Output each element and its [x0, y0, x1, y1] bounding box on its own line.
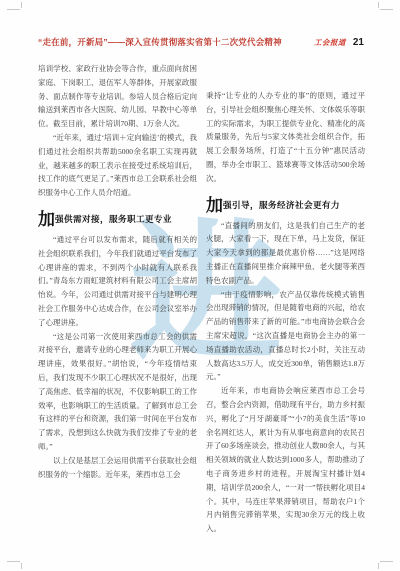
paragraph: “近年来，通过‘培训＋定向输送’的模式，我们通过社会组织共帮助5000余名职工实…	[38, 131, 197, 200]
crop-mark	[21, 2, 22, 8]
paragraph: “由于疫情影响，农产品仅靠传统模式销售会出现滞销的情况，但是随着电商的兴起，给农…	[206, 288, 365, 385]
crop-mark	[21, 563, 22, 569]
left-column: 培训学校、家政行业协会等合作，重点面向贫困家庭、下岗职工、退伍军人等群体，开展家…	[38, 62, 197, 537]
crop-mark	[380, 561, 393, 562]
paragraph: 培训学校、家政行业协会等合作，重点面向贫困家庭、下岗职工、退伍军人等群体，开展家…	[38, 62, 197, 131]
paragraph: “通过平台可以发布需求，随后就有相关的社会组织联系我们，今年我们就通过平台发布了…	[38, 233, 197, 330]
crop-mark	[378, 563, 379, 569]
crop-mark	[378, 2, 379, 8]
magazine-logo: 工会报道	[314, 37, 346, 48]
crop-mark	[380, 9, 393, 10]
paragraph: 秉持“让专业的人办专业的事”的原则，通过平台，引导社会组织聚焦心理关怀、文体娱乐…	[206, 89, 365, 186]
section-heading-big-char: 加	[38, 212, 55, 228]
section-heading-supply-demand: 加 强供需对接，服务职工更专业	[38, 212, 197, 228]
crop-mark	[7, 561, 20, 562]
page-number: 21	[353, 37, 364, 48]
right-column: 秉持“让专业的人办专业的事”的原则，通过平台，引导社会组织聚焦心理关怀、文体娱乐…	[206, 62, 365, 537]
crop-mark	[7, 9, 20, 10]
section-heading-big-char: 加	[206, 198, 223, 214]
paragraph: 以上仅是基层工会运用供需平台获取社会组织服务的一个缩影。近年来，莱西市总工会	[38, 454, 197, 482]
magazine-page: “走在前，开新局”——深入宣传贯彻落实省第十二次党代会精神 工会报道 21 进 …	[0, 0, 400, 571]
paragraph: “直播间的朋友们，这是我们自己生产的老火腿，大家看一下，现在下单，马上发货，保证…	[206, 219, 365, 288]
paragraph: 近年来，市电商协会响应莱西市总工会号召，整合会内资源，借助现有平台，助力乡村振兴…	[206, 384, 365, 536]
section-heading-label: 强引导，服务经济社会更有力	[223, 199, 340, 214]
page-header: “走在前，开新局”——深入宣传贯彻落实省第十二次党代会精神 工会报道 21	[38, 36, 364, 48]
section-heading-label: 强供需对接，服务职工更专业	[55, 213, 172, 228]
header-right: 工会报道 21	[314, 37, 364, 48]
header-title: “走在前，开新局”——深入宣传贯彻落实省第十二次党代会精神	[38, 36, 282, 48]
article-body: 培训学校、家政行业协会等合作，重点面向贫困家庭、下岗职工、退伍军人等群体，开展家…	[38, 62, 365, 537]
paragraph: “这是公司第一次使用莱西市总工会的供需对接平台，邀请专业的心理老师来为职工开展心…	[38, 330, 197, 454]
section-heading-guidance: 加 强引导，服务经济社会更有力	[206, 198, 365, 214]
